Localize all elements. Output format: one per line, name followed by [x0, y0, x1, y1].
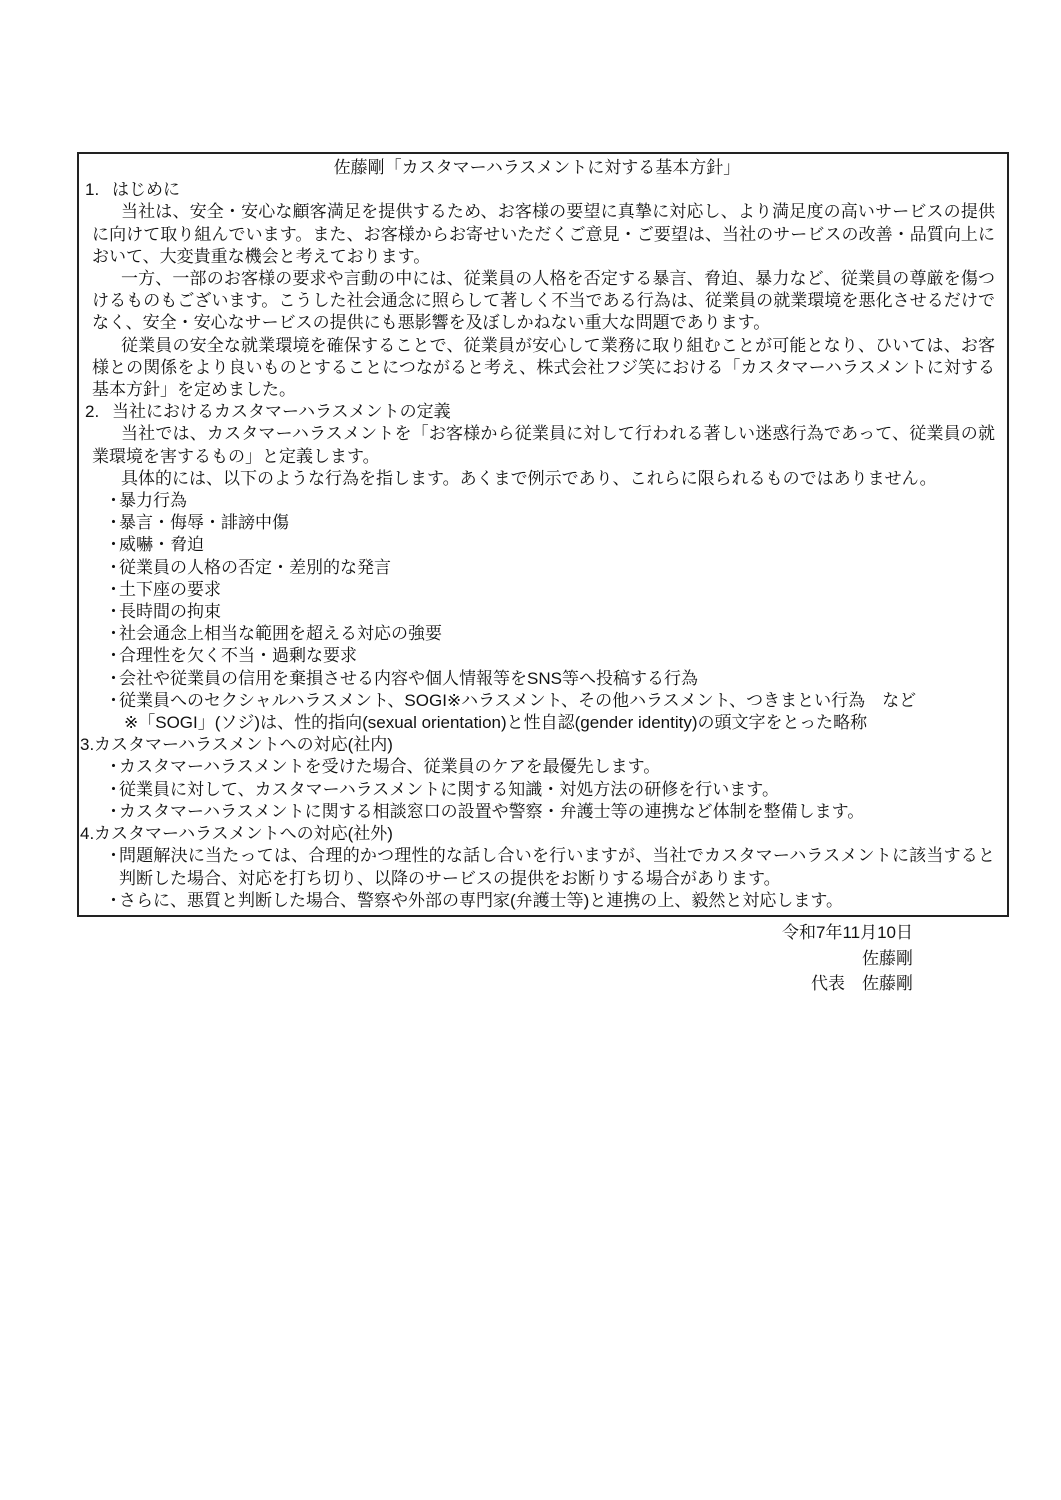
representative-name: 代表 佐藤剛	[0, 971, 913, 997]
section-3-number: 3.	[80, 734, 94, 756]
bullet-icon: ・	[105, 779, 119, 801]
document-date: 令和7年11月10日	[0, 920, 913, 946]
list-item: ・ 従業員へのセクシャルハラスメント、SOGI※ハラスメント、その他ハラスメント…	[105, 690, 995, 712]
section-heading-3: 3. カスタマーハラスメントへの対応(社内)	[80, 734, 995, 756]
list-item-text: 威嚇・脅迫	[119, 534, 995, 556]
bullet-icon: ・	[105, 845, 119, 889]
list-item: ・ カスタマーハラスメントに関する相談窓口の設置や警察・弁護士等の連携など体制を…	[105, 801, 995, 823]
list-item-text: 暴言・侮辱・誹謗中傷	[119, 512, 995, 534]
policy-document-box: 佐藤剛「カスタマーハラスメントに対する基本方針」 1. はじめに 当社は、安全・…	[77, 152, 1009, 917]
bullet-icon: ・	[105, 557, 119, 579]
section-1-title: はじめに	[112, 179, 180, 201]
list-item: ・ 問題解決に当たっては、合理的かつ理性的な話し合いを行いますが、当社でカスタマ…	[105, 845, 995, 889]
bullet-icon: ・	[105, 579, 119, 601]
section-1-paragraph-3: 従業員の安全な就業環境を確保することで、従業員が安心して業務に取り組むことが可能…	[92, 335, 995, 402]
list-item-text: 従業員へのセクシャルハラスメント、SOGI※ハラスメント、その他ハラスメント、つ…	[119, 690, 995, 712]
bullet-icon: ・	[105, 534, 119, 556]
bullet-icon: ・	[105, 801, 119, 823]
sogi-footnote: ※「SOGI」(ソジ)は、性的指向(sexual orientation)と性自…	[124, 712, 995, 734]
section-1-number: 1.	[85, 179, 112, 201]
bullet-icon: ・	[105, 601, 119, 623]
section-2-paragraph-1: 当社では、カスタマーハラスメントを「お客様から従業員に対して行われる著しい迷惑行…	[92, 423, 995, 467]
section-4-number: 4.	[80, 823, 94, 845]
bullet-icon: ・	[105, 623, 119, 645]
list-item: ・ 会社や従業員の信用を棄損させる内容や個人情報等をSNS等へ投稿する行為	[105, 668, 995, 690]
list-item-text: 従業員に対して、カスタマーハラスメントに関する知識・対処方法の研修を行います。	[119, 779, 995, 801]
list-item: ・ 暴言・侮辱・誹謗中傷	[105, 512, 995, 534]
list-item-text: さらに、悪質と判断した場合、警察や外部の専門家(弁護士等)と連携の上、毅然と対応…	[119, 890, 995, 912]
list-item-text: 問題解決に当たっては、合理的かつ理性的な話し合いを行いますが、当社でカスタマーハ…	[119, 845, 995, 889]
signature-block: 令和7年11月10日 佐藤剛 代表 佐藤剛	[0, 920, 1061, 997]
signer-name: 佐藤剛	[0, 946, 913, 972]
section-4-title: カスタマーハラスメントへの対応(社外)	[94, 823, 393, 845]
list-item-text: 土下座の要求	[119, 579, 995, 601]
document-title: 佐藤剛「カスタマーハラスメントに対する基本方針」	[79, 157, 995, 179]
bullet-icon: ・	[105, 645, 119, 667]
list-item-text: 長時間の拘束	[119, 601, 995, 623]
list-item: ・ 威嚇・脅迫	[105, 534, 995, 556]
section-1-paragraph-1: 当社は、安全・安心な顧客満足を提供するため、お客様の要望に真摯に対応し、より満足…	[92, 201, 995, 268]
list-item: ・ 従業員に対して、カスタマーハラスメントに関する知識・対処方法の研修を行います…	[105, 779, 995, 801]
section-heading-2: 2. 当社におけるカスタマーハラスメントの定義	[85, 401, 995, 423]
section-2-paragraph-2: 具体的には、以下のような行為を指します。あくまで例示であり、これらに限られるもの…	[92, 468, 995, 490]
bullet-icon: ・	[105, 512, 119, 534]
list-item: ・ 合理性を欠く不当・過剰な要求	[105, 645, 995, 667]
section-1-paragraph-2: 一方、一部のお客様の要求や言動の中には、従業員の人格を否定する暴言、脅迫、暴力な…	[92, 268, 995, 335]
list-item: ・ 社会通念上相当な範囲を超える対応の強要	[105, 623, 995, 645]
list-item: ・ さらに、悪質と判断した場合、警察や外部の専門家(弁護士等)と連携の上、毅然と…	[105, 890, 995, 912]
bullet-icon: ・	[105, 668, 119, 690]
list-item-text: 合理性を欠く不当・過剰な要求	[119, 645, 995, 667]
list-item-text: カスタマーハラスメントに関する相談窓口の設置や警察・弁護士等の連携など体制を整備…	[119, 801, 995, 823]
list-item: ・ カスタマーハラスメントを受けた場合、従業員のケアを最優先します。	[105, 756, 995, 778]
section-3-title: カスタマーハラスメントへの対応(社内)	[94, 734, 393, 756]
bullet-icon: ・	[105, 690, 119, 712]
list-item-text: 従業員の人格の否定・差別的な発言	[119, 557, 995, 579]
list-item: ・ 長時間の拘束	[105, 601, 995, 623]
section-2-number: 2.	[85, 401, 112, 423]
list-item-text: 会社や従業員の信用を棄損させる内容や個人情報等をSNS等へ投稿する行為	[119, 668, 995, 690]
list-item-text: 社会通念上相当な範囲を超える対応の強要	[119, 623, 995, 645]
section-heading-1: 1. はじめに	[85, 179, 995, 201]
scanned-document-page: 佐藤剛「カスタマーハラスメントに対する基本方針」 1. はじめに 当社は、安全・…	[0, 0, 1061, 1500]
list-item: ・ 土下座の要求	[105, 579, 995, 601]
bullet-icon: ・	[105, 490, 119, 512]
section-heading-4: 4. カスタマーハラスメントへの対応(社外)	[80, 823, 995, 845]
list-item: ・ 従業員の人格の否定・差別的な発言	[105, 557, 995, 579]
list-item-text: 暴力行為	[119, 490, 995, 512]
bullet-icon: ・	[105, 890, 119, 912]
list-item-text: カスタマーハラスメントを受けた場合、従業員のケアを最優先します。	[119, 756, 995, 778]
bullet-icon: ・	[105, 756, 119, 778]
list-item: ・ 暴力行為	[105, 490, 995, 512]
section-2-title: 当社におけるカスタマーハラスメントの定義	[112, 401, 451, 423]
